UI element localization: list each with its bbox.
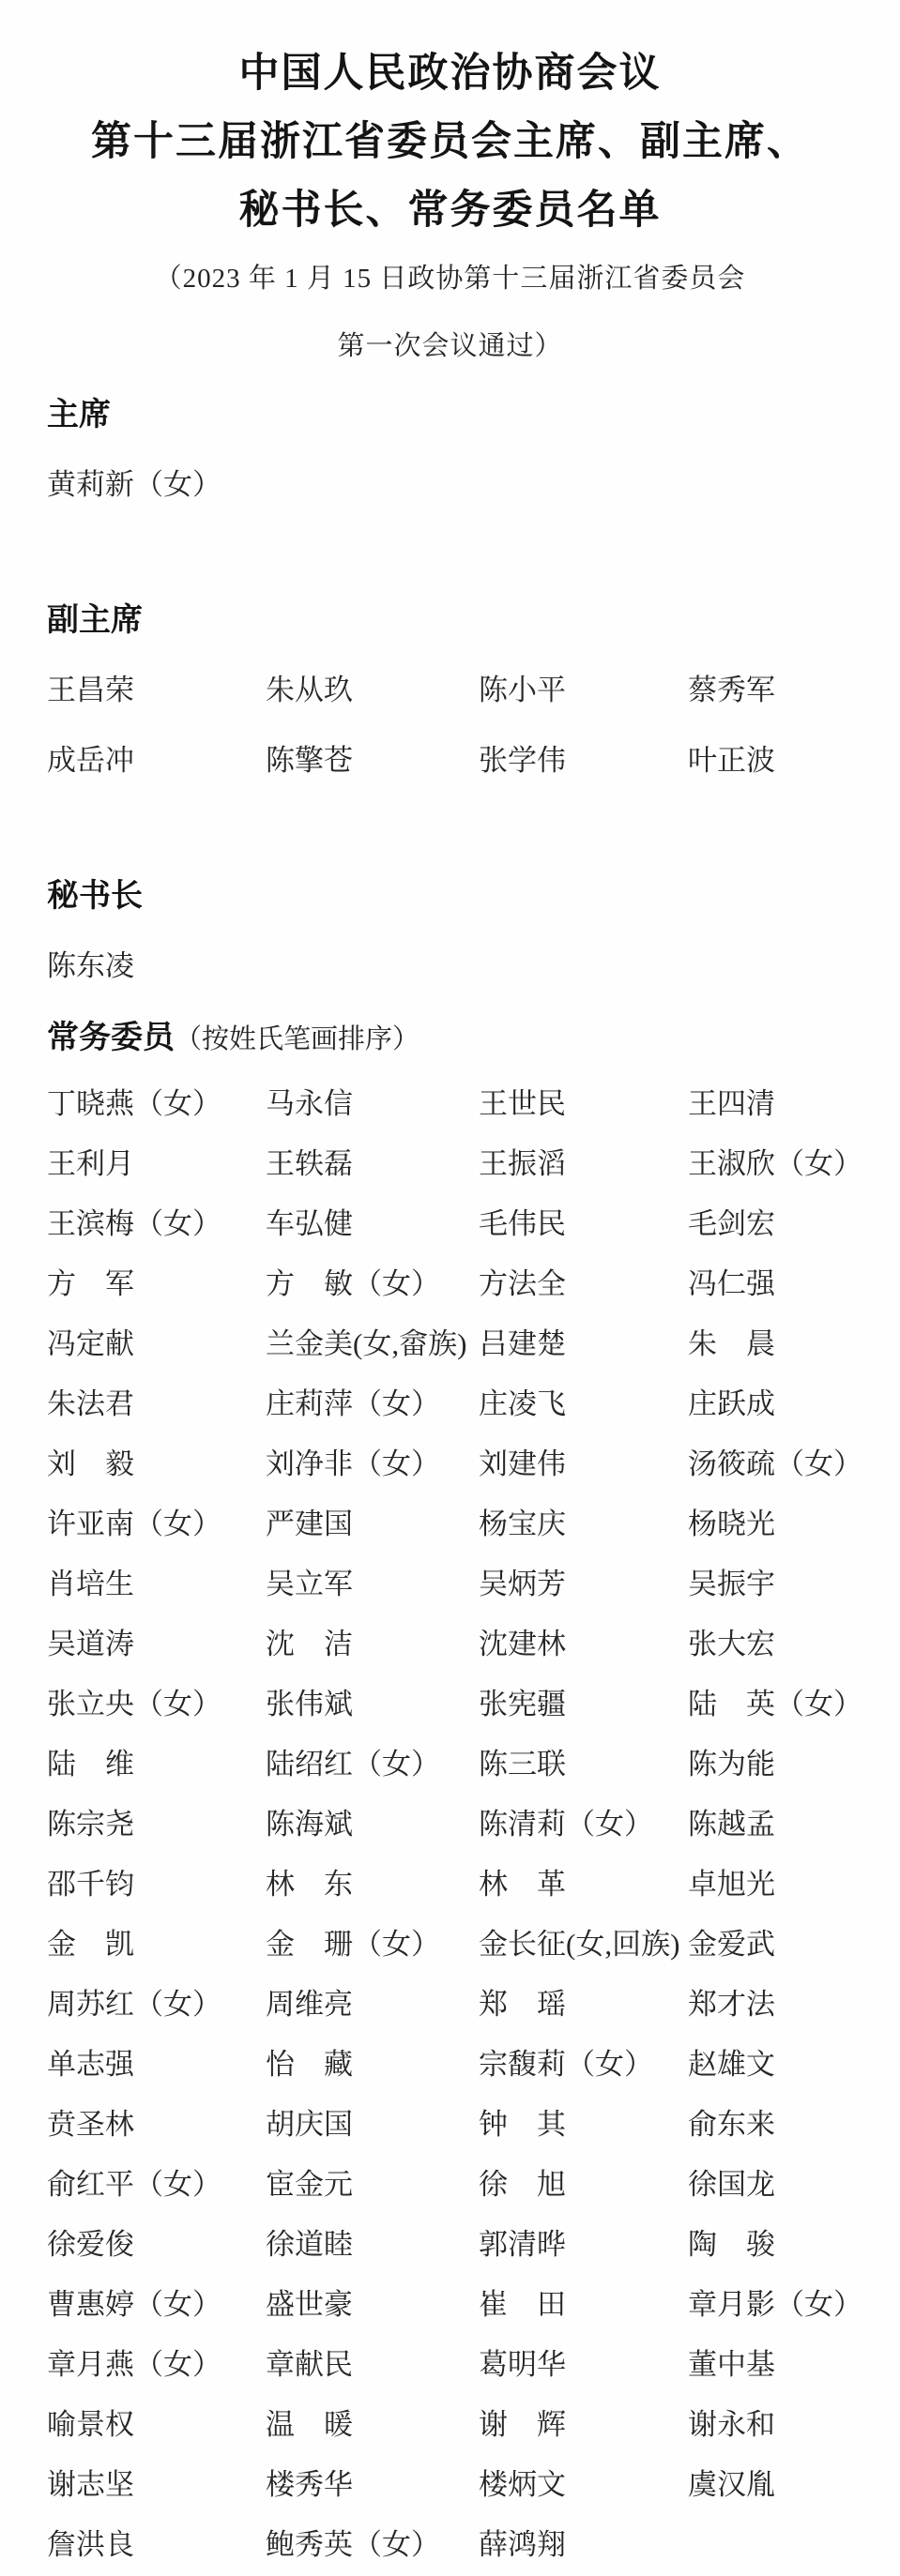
member-row: 单志强怡 藏宗馥莉（女）赵雄文 bbox=[47, 2035, 881, 2095]
member-row: 詹洪良鲍秀英（女）薛鸿翔 bbox=[47, 2515, 881, 2575]
member-row: 张立央（女）张伟斌张宪疆陆 英（女） bbox=[47, 1674, 881, 1735]
title-line-2: 第十三届浙江省委员会主席、副主席、 bbox=[0, 108, 900, 176]
member-name: 谢志坚 bbox=[47, 2455, 266, 2515]
member-name: 金 凯 bbox=[47, 1915, 266, 1975]
member-name: 金爱武 bbox=[688, 1915, 881, 1975]
member-row: 刘 毅刘净非（女）刘建伟汤筱疏（女） bbox=[47, 1434, 881, 1494]
member-name: 郭清晔 bbox=[479, 2215, 688, 2275]
member-name: 吕建楚 bbox=[479, 1314, 688, 1374]
member-name: 方 敏（女） bbox=[266, 1254, 479, 1314]
member-name: 黄莉新（女） bbox=[47, 449, 266, 520]
member-row: 喻景权温 暖谢 辉谢永和 bbox=[47, 2395, 881, 2455]
section-vice-chairmen: 副主席 王昌荣朱从玖陈小平蔡秀军成岳冲陈擎苍张学伟叶正波 bbox=[47, 602, 881, 796]
section-chairman: 主席 黄莉新（女） bbox=[47, 397, 881, 520]
member-row: 章月燕（女）章献民葛明华董中基 bbox=[47, 2335, 881, 2395]
member-name: 毛伟民 bbox=[479, 1194, 688, 1254]
member-name: 王淑欣（女） bbox=[688, 1134, 881, 1194]
member-name: 徐道睦 bbox=[266, 2215, 479, 2275]
member-name: 马永信 bbox=[266, 1074, 479, 1134]
secretary-general-name-list: 陈东凌 bbox=[47, 931, 881, 1001]
member-name: 蔡秀军 bbox=[688, 655, 881, 725]
member-name: 王滨梅（女） bbox=[47, 1194, 266, 1254]
member-name: 朱法君 bbox=[47, 1374, 266, 1434]
document-subtitle: （2023 年 1 月 15 日政协第十三届浙江省委员会 第一次会议通过） bbox=[0, 245, 900, 380]
member-name: 周维亮 bbox=[266, 1975, 479, 2035]
member-row: 王滨梅（女）车弘健毛伟民毛剑宏 bbox=[47, 1194, 881, 1254]
member-name: 冯定献 bbox=[47, 1314, 266, 1374]
member-name: 胡庆国 bbox=[266, 2095, 479, 2155]
subtitle-line-2: 第一次会议通过） bbox=[0, 312, 900, 380]
member-row: 许亚南（女）严建国杨宝庆杨晓光 bbox=[47, 1494, 881, 1554]
member-row: 黄莉新（女） bbox=[47, 449, 881, 520]
member-name: 葛明华 bbox=[479, 2335, 688, 2395]
member-name: 陈清莉（女） bbox=[479, 1795, 688, 1855]
member-row: 徐爱俊徐道睦郭清晔陶 骏 bbox=[47, 2215, 881, 2275]
member-row: 肖培生吴立军吴炳芳吴振宇 bbox=[47, 1554, 881, 1614]
member-name: 谢 辉 bbox=[479, 2395, 688, 2455]
member-name: 怡 藏 bbox=[266, 2035, 479, 2095]
member-name: 金 珊（女） bbox=[266, 1915, 479, 1975]
member-name: 王利月 bbox=[47, 1134, 266, 1194]
member-name: 郑 瑶 bbox=[479, 1975, 688, 2035]
member-name: 陈东凌 bbox=[47, 931, 266, 1001]
member-name: 贲圣林 bbox=[47, 2095, 266, 2155]
document-title: 中国人民政治协商会议 第十三届浙江省委员会主席、副主席、 秘书长、常务委员名单 bbox=[0, 0, 900, 245]
member-name: 单志强 bbox=[47, 2035, 266, 2095]
member-name: 崔 田 bbox=[479, 2275, 688, 2335]
member-name: 陆绍红（女） bbox=[266, 1735, 479, 1795]
member-name: 张立央（女） bbox=[47, 1674, 266, 1735]
member-name: 周苏红（女） bbox=[47, 1975, 266, 2035]
member-name: 吴道涛 bbox=[47, 1614, 266, 1674]
member-name: 陆 维 bbox=[47, 1735, 266, 1795]
vice-chairmen-name-list: 王昌荣朱从玖陈小平蔡秀军成岳冲陈擎苍张学伟叶正波 bbox=[47, 655, 881, 796]
member-name: 董中基 bbox=[688, 2335, 881, 2395]
member-name: 陈越孟 bbox=[688, 1795, 881, 1855]
member-row: 方 军方 敏（女）方法全冯仁强 bbox=[47, 1254, 881, 1314]
member-name: 徐爱俊 bbox=[47, 2215, 266, 2275]
member-name: 温 暖 bbox=[266, 2395, 479, 2455]
member-name: 俞东来 bbox=[688, 2095, 881, 2155]
member-name: 林 革 bbox=[479, 1855, 688, 1915]
member-name: 章月燕（女） bbox=[47, 2335, 266, 2395]
member-name: 谢永和 bbox=[688, 2395, 881, 2455]
member-name: 刘建伟 bbox=[479, 1434, 688, 1494]
member-name: 赵雄文 bbox=[688, 2035, 881, 2095]
member-row: 冯定献兰金美(女,畲族)吕建楚朱 晨 bbox=[47, 1314, 881, 1374]
chairman-name-list: 黄莉新（女） bbox=[47, 449, 881, 520]
member-name: 兰金美(女,畲族) bbox=[266, 1314, 479, 1374]
member-name: 俞红平（女） bbox=[47, 2155, 266, 2215]
member-row: 陈宗尧陈海斌陈清莉（女）陈越孟 bbox=[47, 1795, 881, 1855]
member-name: 喻景权 bbox=[47, 2395, 266, 2455]
member-name: 杨晓光 bbox=[688, 1494, 881, 1554]
member-name: 章献民 bbox=[266, 2335, 479, 2395]
member-name: 曹惠婷（女） bbox=[47, 2275, 266, 2335]
member-name: 陈擎苍 bbox=[266, 725, 479, 796]
member-name: 王昌荣 bbox=[47, 655, 266, 725]
member-name: 张宪疆 bbox=[479, 1674, 688, 1735]
member-name: 许亚南（女） bbox=[47, 1494, 266, 1554]
member-row: 成岳冲陈擎苍张学伟叶正波 bbox=[47, 725, 881, 796]
title-line-3: 秘书长、常务委员名单 bbox=[0, 176, 900, 245]
member-name: 詹洪良 bbox=[47, 2515, 266, 2575]
member-name: 钟 其 bbox=[479, 2095, 688, 2155]
member-name: 章月影（女） bbox=[688, 2275, 881, 2335]
member-name: 徐国龙 bbox=[688, 2155, 881, 2215]
member-name: 陈小平 bbox=[479, 655, 688, 725]
member-name: 张大宏 bbox=[688, 1614, 881, 1674]
member-name: 陆 英（女） bbox=[688, 1674, 881, 1735]
member-name: 朱从玖 bbox=[266, 655, 479, 725]
member-name: 盛世豪 bbox=[266, 2275, 479, 2335]
member-name: 徐 旭 bbox=[479, 2155, 688, 2215]
member-name: 刘 毅 bbox=[47, 1434, 266, 1494]
member-name: 汤筱疏（女） bbox=[688, 1434, 881, 1494]
member-name: 毛剑宏 bbox=[688, 1194, 881, 1254]
member-name: 沈建林 bbox=[479, 1614, 688, 1674]
member-row: 俞红平（女）宦金元徐 旭徐国龙 bbox=[47, 2155, 881, 2215]
member-row: 王昌荣朱从玖陈小平蔡秀军 bbox=[47, 655, 881, 725]
subtitle-line-1: （2023 年 1 月 15 日政协第十三届浙江省委员会 bbox=[0, 245, 900, 312]
member-name: 沈 洁 bbox=[266, 1614, 479, 1674]
member-name: 王世民 bbox=[479, 1074, 688, 1134]
section-heading-vice-chairmen: 副主席 bbox=[47, 602, 881, 638]
member-name: 张伟斌 bbox=[266, 1674, 479, 1735]
member-name: 丁晓燕（女） bbox=[47, 1074, 266, 1134]
section-heading-secretary-general: 秘书长 bbox=[47, 878, 881, 914]
member-name: 陶 骏 bbox=[688, 2215, 881, 2275]
member-name: 王四清 bbox=[688, 1074, 881, 1134]
document-page: 中国人民政治协商会议 第十三届浙江省委员会主席、副主席、 秘书长、常务委员名单 … bbox=[0, 0, 900, 2576]
member-name: 郑才法 bbox=[688, 1975, 881, 2035]
member-name: 严建国 bbox=[266, 1494, 479, 1554]
member-row: 周苏红（女）周维亮郑 瑶郑才法 bbox=[47, 1975, 881, 2035]
member-row: 丁晓燕（女）马永信王世民王四清 bbox=[47, 1074, 881, 1134]
member-name: 陈海斌 bbox=[266, 1795, 479, 1855]
section-standing-committee: 常务委员（按姓氏笔画排序） 丁晓燕（女）马永信王世民王四清王利月王轶磊王振滔王淑… bbox=[47, 1020, 881, 2575]
standing-committee-name-list: 丁晓燕（女）马永信王世民王四清王利月王轶磊王振滔王淑欣（女）王滨梅（女）车弘健毛… bbox=[47, 1074, 881, 2575]
member-name: 虞汉胤 bbox=[688, 2455, 881, 2515]
member-row: 陆 维陆绍红（女）陈三联陈为能 bbox=[47, 1735, 881, 1795]
member-name: 王轶磊 bbox=[266, 1134, 479, 1194]
member-name: 庄凌飞 bbox=[479, 1374, 688, 1434]
member-name: 吴立军 bbox=[266, 1554, 479, 1614]
member-name: 冯仁强 bbox=[688, 1254, 881, 1314]
member-row: 谢志坚楼秀华楼炳文虞汉胤 bbox=[47, 2455, 881, 2515]
member-name: 庄莉萍（女） bbox=[266, 1374, 479, 1434]
member-name: 吴炳芳 bbox=[479, 1554, 688, 1614]
member-row: 金 凯金 珊（女）金长征(女,回族)金爱武 bbox=[47, 1915, 881, 1975]
member-row: 王利月王轶磊王振滔王淑欣（女） bbox=[47, 1134, 881, 1194]
member-name: 方 军 bbox=[47, 1254, 266, 1314]
member-row: 朱法君庄莉萍（女）庄凌飞庄跃成 bbox=[47, 1374, 881, 1434]
standing-committee-sort-note: （按姓氏笔画排序） bbox=[175, 1024, 419, 1054]
member-name: 方法全 bbox=[479, 1254, 688, 1314]
section-secretary-general: 秘书长 陈东凌 bbox=[47, 878, 881, 1001]
member-name: 朱 晨 bbox=[688, 1314, 881, 1374]
member-name: 张学伟 bbox=[479, 725, 688, 796]
member-row: 吴道涛沈 洁沈建林张大宏 bbox=[47, 1614, 881, 1674]
member-name: 宦金元 bbox=[266, 2155, 479, 2215]
standing-committee-heading-text: 常务委员 bbox=[47, 1020, 175, 1055]
member-name: 鲍秀英（女） bbox=[266, 2515, 479, 2575]
member-row: 陈东凌 bbox=[47, 931, 881, 1001]
member-row: 贲圣林胡庆国钟 其俞东来 bbox=[47, 2095, 881, 2155]
member-name: 车弘健 bbox=[266, 1194, 479, 1254]
member-row: 邵千钧林 东林 革卓旭光 bbox=[47, 1855, 881, 1915]
member-name: 林 东 bbox=[266, 1855, 479, 1915]
member-name: 肖培生 bbox=[47, 1554, 266, 1614]
member-name: 金长征(女,回族) bbox=[479, 1915, 688, 1975]
member-name: 王振滔 bbox=[479, 1134, 688, 1194]
member-name: 庄跃成 bbox=[688, 1374, 881, 1434]
section-heading-standing-committee: 常务委员（按姓氏笔画排序） bbox=[47, 1020, 881, 1057]
member-name: 薛鸿翔 bbox=[479, 2515, 688, 2575]
member-name: 杨宝庆 bbox=[479, 1494, 688, 1554]
member-name: 卓旭光 bbox=[688, 1855, 881, 1915]
title-line-1: 中国人民政治协商会议 bbox=[0, 39, 900, 108]
member-name: 楼炳文 bbox=[479, 2455, 688, 2515]
member-name: 宗馥莉（女） bbox=[479, 2035, 688, 2095]
member-name: 成岳冲 bbox=[47, 725, 266, 796]
member-name: 楼秀华 bbox=[266, 2455, 479, 2515]
member-name: 陈三联 bbox=[479, 1735, 688, 1795]
member-name: 陈宗尧 bbox=[47, 1795, 266, 1855]
section-heading-chairman: 主席 bbox=[47, 397, 881, 432]
member-name: 陈为能 bbox=[688, 1735, 881, 1795]
member-name: 刘净非（女） bbox=[266, 1434, 479, 1494]
member-name: 吴振宇 bbox=[688, 1554, 881, 1614]
member-name: 叶正波 bbox=[688, 725, 881, 796]
member-name: 邵千钧 bbox=[47, 1855, 266, 1915]
member-row: 曹惠婷（女）盛世豪崔 田章月影（女） bbox=[47, 2275, 881, 2335]
